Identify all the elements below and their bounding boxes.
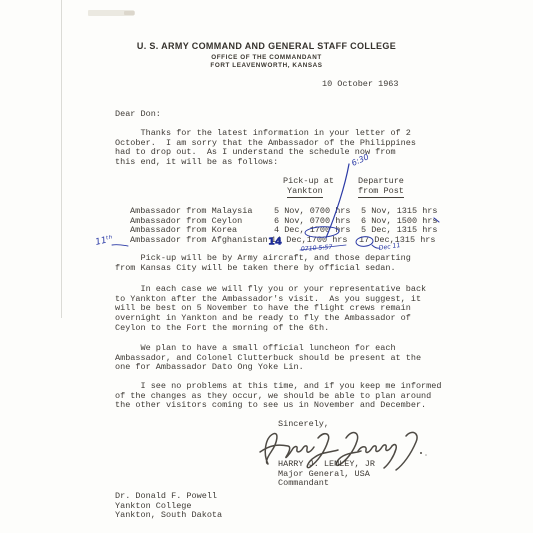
ink-circle-1700 bbox=[305, 226, 339, 238]
ink-circle-17 bbox=[356, 236, 374, 247]
ink-margin-dash bbox=[112, 245, 128, 246]
pickup-day-overwrite: 14 bbox=[268, 237, 282, 248]
handwritten-annotations: 6:30 14 0710 5:57 Dec 11 11ᵗʰ bbox=[0, 0, 533, 533]
ink-dash bbox=[434, 218, 439, 222]
time-note: 6:30 bbox=[350, 152, 370, 168]
letter-page: U. S. ARMY COMMAND AND GENERAL STAFF COL… bbox=[0, 0, 533, 533]
departure-date-note: Dec 11 bbox=[378, 242, 401, 252]
margin-note: 11ᵗʰ bbox=[94, 234, 114, 248]
